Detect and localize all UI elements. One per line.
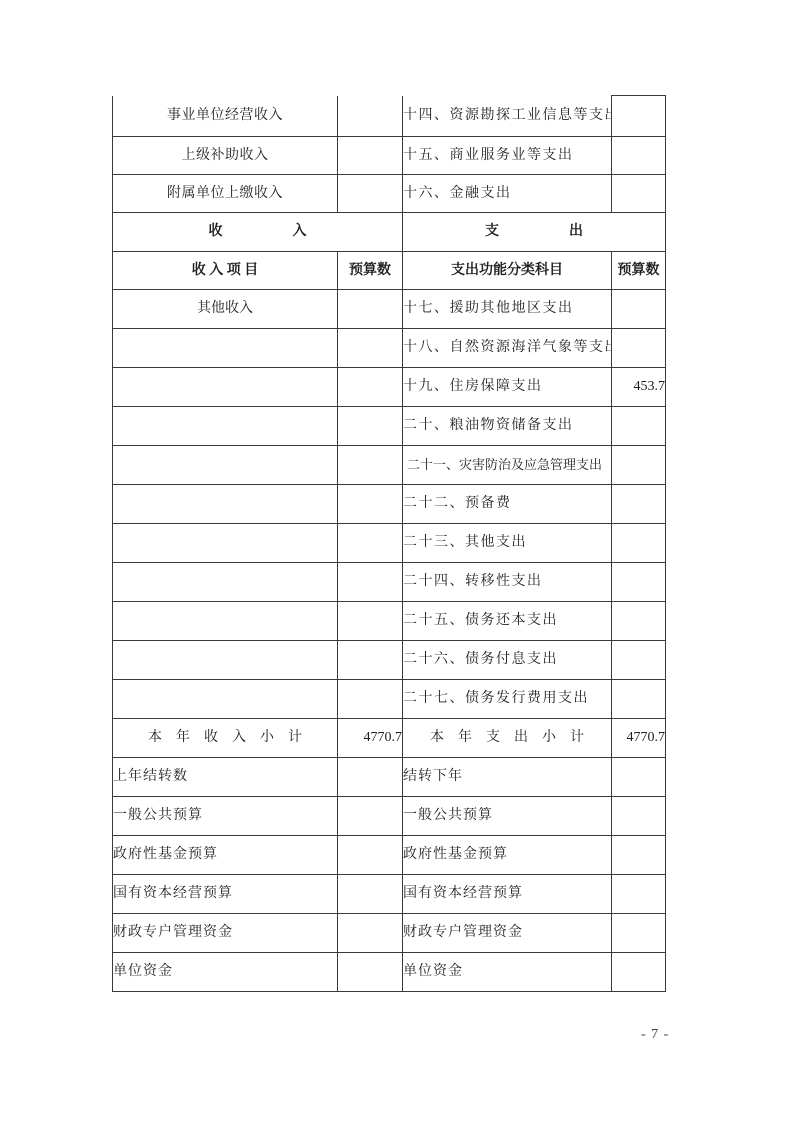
expense-item-cell: 单位资金 <box>403 953 612 992</box>
document-page: 事业单位经营收入 十四、资源勘探工业信息等支出 上级补助收入 十五、商业服务业等… <box>0 0 793 1122</box>
income-item-cell <box>113 329 338 368</box>
expense-item-cell: 二十七、债务发行费用支出 <box>403 680 612 719</box>
income-item-cell: 附属单位上缴收入 <box>113 175 338 213</box>
expense-budget-cell <box>612 836 666 875</box>
expense-item-cell: 十五、商业服务业等支出 <box>403 137 612 175</box>
expense-item-cell: 十九、住房保障支出 <box>403 368 612 407</box>
income-budget-cell <box>338 914 403 953</box>
income-budget-cell <box>338 368 403 407</box>
expense-item-cell: 二十二、预备费 <box>403 485 612 524</box>
income-budget-cell <box>338 137 403 175</box>
expense-budget-cell <box>612 602 666 641</box>
income-budget-cell <box>338 680 403 719</box>
expense-item-cell: 十六、金融支出 <box>403 175 612 213</box>
expense-budget-cell <box>612 953 666 992</box>
table-row: 其他收入 十七、援助其他地区支出 <box>113 290 666 329</box>
income-item-cell: 上年结转数 <box>113 758 338 797</box>
expense-item-cell: 二十六、债务付息支出 <box>403 641 612 680</box>
expense-budget-cell <box>612 290 666 329</box>
income-item-cell: 一般公共预算 <box>113 797 338 836</box>
expense-budget-cell <box>612 446 666 485</box>
income-budget-cell <box>338 446 403 485</box>
expense-budget-cell <box>612 329 666 368</box>
income-budget-cell <box>338 875 403 914</box>
income-item-cell: 上级补助收入 <box>113 137 338 175</box>
table-row: 一般公共预算 一般公共预算 <box>113 797 666 836</box>
expense-item-cell: 一般公共预算 <box>403 797 612 836</box>
income-budget-cell <box>338 524 403 563</box>
table-row: 政府性基金预算 政府性基金预算 <box>113 836 666 875</box>
expense-item-cell: 十四、资源勘探工业信息等支出 <box>403 96 612 137</box>
table-row: 单位资金 单位资金 <box>113 953 666 992</box>
income-item-cell <box>113 563 338 602</box>
expense-budget-cell <box>612 485 666 524</box>
income-item-cell: 单位资金 <box>113 953 338 992</box>
table-row: 二十五、债务还本支出 <box>113 602 666 641</box>
table-row: 二十二、预备费 <box>113 485 666 524</box>
expense-item-cell: 结转下年 <box>403 758 612 797</box>
expense-subtotal-label: 本 年 支 出 小 计 <box>403 719 612 758</box>
income-item-cell <box>113 446 338 485</box>
income-item-cell <box>113 485 338 524</box>
income-item-header: 收 入 项 目 <box>113 252 338 290</box>
income-budget-cell <box>338 602 403 641</box>
income-budget-cell <box>338 485 403 524</box>
table-row: 二十七、债务发行费用支出 <box>113 680 666 719</box>
expense-budget-header: 预算数 <box>612 252 666 290</box>
expense-budget-cell <box>612 524 666 563</box>
income-item-cell: 事业单位经营收入 <box>113 96 338 137</box>
income-item-cell <box>113 524 338 563</box>
expense-budget-cell <box>612 641 666 680</box>
income-budget-cell <box>338 290 403 329</box>
income-budget-cell <box>338 329 403 368</box>
income-item-cell: 政府性基金预算 <box>113 836 338 875</box>
expense-budget-cell <box>612 680 666 719</box>
income-budget-cell <box>338 758 403 797</box>
income-budget-cell <box>338 563 403 602</box>
table-row: 十九、住房保障支出 453.7 <box>113 368 666 407</box>
expense-budget-cell <box>612 875 666 914</box>
table-row: 上级补助收入 十五、商业服务业等支出 <box>113 137 666 175</box>
expense-budget-cell <box>612 407 666 446</box>
income-item-cell: 国有资本经营预算 <box>113 875 338 914</box>
income-item-cell <box>113 680 338 719</box>
expense-budget-cell: 453.7 <box>612 368 666 407</box>
expense-item-cell: 二十三、其他支出 <box>403 524 612 563</box>
table-row: 二十、粮油物资储备支出 <box>113 407 666 446</box>
budget-table: 事业单位经营收入 十四、资源勘探工业信息等支出 上级补助收入 十五、商业服务业等… <box>112 95 666 992</box>
table-row: 附属单位上缴收入 十六、金融支出 <box>113 175 666 213</box>
income-subtotal-label: 本 年 收 入 小 计 <box>113 719 338 758</box>
page-number: - 7 - <box>641 1027 669 1043</box>
table-row: 上年结转数 结转下年 <box>113 758 666 797</box>
income-budget-cell <box>338 836 403 875</box>
table-row: 事业单位经营收入 十四、资源勘探工业信息等支出 <box>113 96 666 137</box>
subtotal-row: 本 年 收 入 小 计 4770.7 本 年 支 出 小 计 4770.7 <box>113 719 666 758</box>
income-budget-cell <box>338 797 403 836</box>
income-item-cell <box>113 407 338 446</box>
expense-section-header: 支 出 <box>403 213 666 252</box>
section-header-row: 收 入 支 出 <box>113 213 666 252</box>
table-row: 二十四、转移性支出 <box>113 563 666 602</box>
income-item-cell <box>113 368 338 407</box>
expense-subtotal-value: 4770.7 <box>612 719 666 758</box>
table-row: 财政专户管理资金 财政专户管理资金 <box>113 914 666 953</box>
column-header-row: 收 入 项 目 预算数 支出功能分类科目 预算数 <box>113 252 666 290</box>
income-item-cell: 财政专户管理资金 <box>113 914 338 953</box>
table-row: 国有资本经营预算 国有资本经营预算 <box>113 875 666 914</box>
expense-budget-cell <box>612 797 666 836</box>
expense-budget-cell <box>612 914 666 953</box>
expense-item-cell: 十七、援助其他地区支出 <box>403 290 612 329</box>
expense-item-cell: 二十、粮油物资储备支出 <box>403 407 612 446</box>
expense-item-header: 支出功能分类科目 <box>403 252 612 290</box>
expense-item-cell: 二十一、灾害防治及应急管理支出 <box>403 446 612 485</box>
expense-budget-cell <box>612 137 666 175</box>
income-budget-cell <box>338 175 403 213</box>
income-subtotal-value: 4770.7 <box>338 719 403 758</box>
income-budget-cell <box>338 953 403 992</box>
income-budget-cell <box>338 641 403 680</box>
income-item-cell <box>113 641 338 680</box>
income-budget-cell <box>338 96 403 137</box>
income-item-cell: 其他收入 <box>113 290 338 329</box>
expense-budget-cell <box>612 563 666 602</box>
expense-item-cell: 二十五、债务还本支出 <box>403 602 612 641</box>
table-row: 二十六、债务付息支出 <box>113 641 666 680</box>
income-budget-header: 预算数 <box>338 252 403 290</box>
table-row: 二十三、其他支出 <box>113 524 666 563</box>
expense-item-cell: 财政专户管理资金 <box>403 914 612 953</box>
expense-budget-cell <box>612 758 666 797</box>
income-item-cell <box>113 602 338 641</box>
expense-budget-cell <box>612 175 666 213</box>
income-section-header: 收 入 <box>113 213 403 252</box>
expense-item-cell: 二十四、转移性支出 <box>403 563 612 602</box>
expense-item-cell: 国有资本经营预算 <box>403 875 612 914</box>
table-row: 十八、自然资源海洋气象等支出 <box>113 329 666 368</box>
income-budget-cell <box>338 407 403 446</box>
expense-item-cell: 政府性基金预算 <box>403 836 612 875</box>
expense-item-cell: 十八、自然资源海洋气象等支出 <box>403 329 612 368</box>
table-row: 二十一、灾害防治及应急管理支出 <box>113 446 666 485</box>
expense-budget-cell <box>612 96 666 137</box>
